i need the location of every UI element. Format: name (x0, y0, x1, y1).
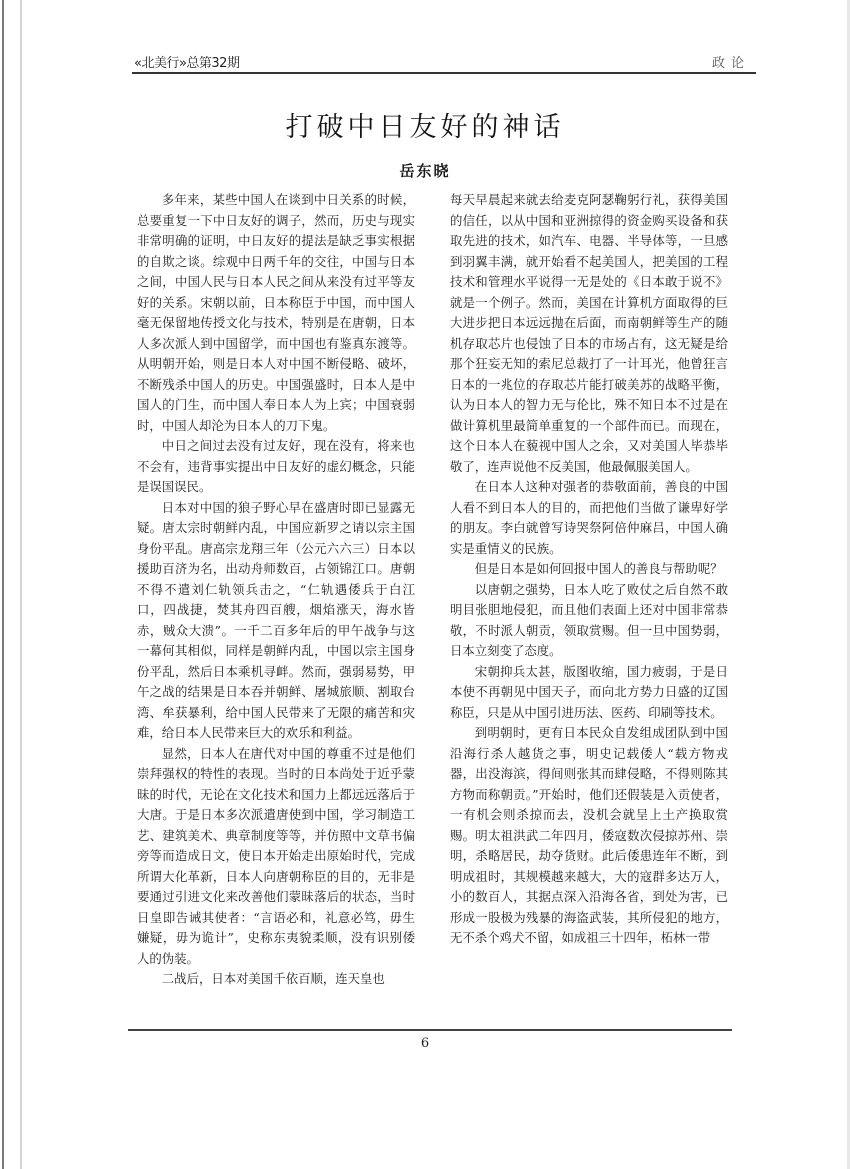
paragraph-continued: 每天早晨起来就去给麦克阿瑟鞠躬行礼，获得美国的信任，以从中国和亚洲掠得的资金购买… (450, 190, 728, 477)
paragraph: 二战后，日本对美国千依百顺，连天皇也 (137, 969, 415, 990)
body-column-right: 每天早晨起来就去给麦克阿瑟鞠躬行礼，获得美国的信任，以从中国和亚洲掠得的资金购买… (450, 190, 728, 949)
paragraph: 宋朝抑兵太甚，版图收缩，国力疲弱，于是日本使不再朝见中国天子，而向北方势力日盛的… (450, 662, 728, 724)
paragraph: 在日本人这种对强者的恭敬面前，善良的中国人看不到日本人的目的，而把他们当做了谦卑… (450, 477, 728, 559)
footer-rule (128, 1029, 732, 1031)
body-column-left: 多年来，某些中国人在谈到中日关系的时候，总要重复一下中日友好的调子，然而，历史与… (137, 190, 415, 990)
paragraph: 多年来，某些中国人在谈到中日关系的时候，总要重复一下中日友好的调子，然而，历史与… (137, 190, 415, 436)
article-author: 岳东晓 (0, 160, 850, 181)
paragraph: 显然，日本人在唐代对中国的尊重不过是他们崇拜强权的特性的表现。当时的日本尚处于近… (137, 744, 415, 970)
paragraph: 日本对中国的狼子野心早在盛唐时即已显露无疑。唐太宗时朝鲜内乱，中国应新罗之请以宗… (137, 498, 415, 744)
paragraph: 到明朝时，更有日本民众自发组成团队到中国沿海行杀人越货之事，明史记载倭人“载方物… (450, 723, 728, 949)
article-title: 打破中日友好的神话 (0, 105, 850, 144)
section-label: 政论 (712, 52, 750, 71)
header-rule (132, 72, 756, 74)
paragraph: 中日之间过去没有过友好，现在没有，将来也不会有，违背事实提出中日友好的虚幻概念，… (137, 436, 415, 498)
journal-issue-label: «北美行»总第32期 (134, 52, 239, 71)
paragraph: 但是日本是如何回报中国人的善良与帮助呢？ (450, 559, 728, 580)
paragraph: 以唐朝之强势，日本人吃了败仗之后自然不敢明目张胆地侵犯，而且他们表面上还对中国非… (450, 580, 728, 662)
page-number: 6 (0, 1036, 850, 1051)
running-head: «北美行»总第32期 政论 (130, 52, 750, 70)
